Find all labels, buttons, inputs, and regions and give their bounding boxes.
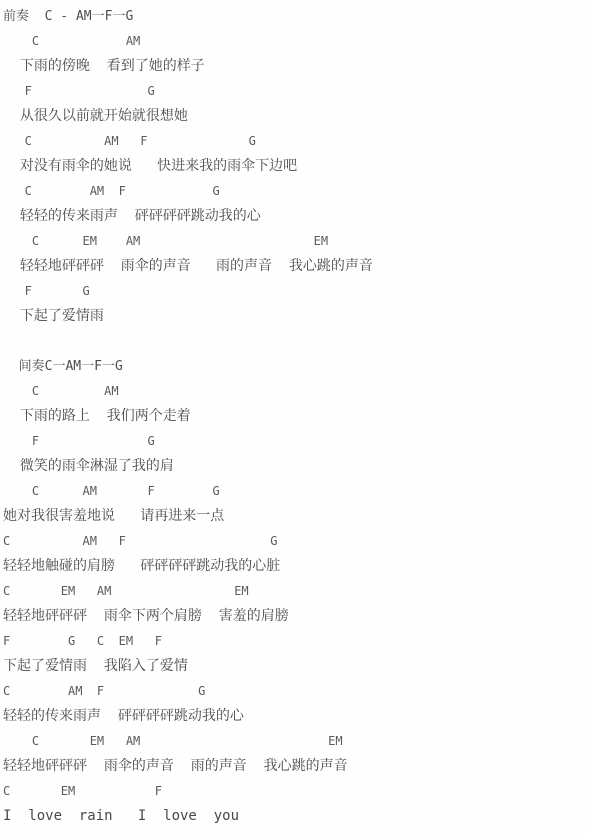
- lyric-line: 轻轻的传来雨声 砰砰砰砰跳动我的心: [3, 704, 589, 729]
- lyric-line: 下雨的傍晚 看到了她的样子: [3, 54, 589, 79]
- chord-sheet: 前奏 C - AM一F一G C AM 下雨的傍晚 看到了她的样子 F G 从很久…: [0, 0, 589, 837]
- lyric-line: 对没有雨伞的她说 快进来我的雨伞下边吧: [3, 154, 589, 179]
- lyric-line: 轻轻的传来雨声 砰砰砰砰跳动我的心: [3, 204, 589, 229]
- lyric-line: 她对我很害羞地说 请再进来一点: [3, 504, 589, 529]
- chord-line: C EM F: [3, 779, 589, 804]
- lyric-line: 微笑的雨伞淋湿了我的肩: [3, 454, 589, 479]
- chord-line: C EM AM EM: [3, 229, 589, 254]
- blank-line: [3, 329, 589, 354]
- lyric-line: 下起了爱情雨 我陷入了爱情: [3, 654, 589, 679]
- chord-line: F G: [3, 79, 589, 104]
- chord-line: C AM: [3, 379, 589, 404]
- chord-line: F G: [3, 429, 589, 454]
- section-line: 前奏 C - AM一F一G: [3, 4, 589, 29]
- lyric-line: 轻轻地砰砰砰 雨伞下两个肩膀 害羞的肩膀: [3, 604, 589, 629]
- chord-line: C AM F G: [3, 529, 589, 554]
- lyric-line: 轻轻地砰砰砰 雨伞的声音 雨的声音 我心跳的声音: [3, 254, 589, 279]
- lyric-line: 轻轻地触碰的肩膀 砰砰砰砰跳动我的心脏: [3, 554, 589, 579]
- section-line: 间奏C一AM一F一G: [3, 354, 589, 379]
- lyric-line: I love rain I love you: [3, 804, 589, 829]
- chord-line: F G: [3, 279, 589, 304]
- chord-line: C AM F G: [3, 479, 589, 504]
- lyric-line: 从很久以前就开始就很想她: [3, 104, 589, 129]
- chord-line: F G C EM F: [3, 629, 589, 654]
- chord-line: C AM: [3, 29, 589, 54]
- lyric-line: 下起了爱情雨: [3, 304, 589, 329]
- chord-line: C AM F G: [3, 679, 589, 704]
- chord-line: C EM AM EM: [3, 729, 589, 754]
- chord-line: C AM F G: [3, 179, 589, 204]
- chord-line: C AM F G: [3, 129, 589, 154]
- lyric-line: 轻轻地砰砰砰 雨伞的声音 雨的声音 我心跳的声音: [3, 754, 589, 779]
- chord-line: C EM AM EM: [3, 579, 589, 604]
- lyric-line: 下雨的路上 我们两个走着: [3, 404, 589, 429]
